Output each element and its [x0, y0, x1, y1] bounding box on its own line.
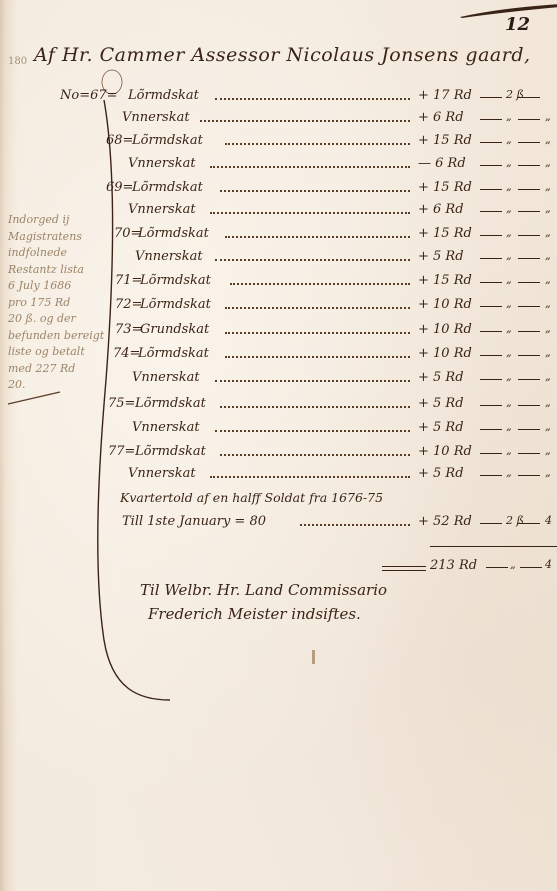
dash [480, 235, 502, 236]
dash [518, 282, 540, 283]
entry-desc: Lõrmdskat [135, 444, 206, 459]
entry-amount: + 5 Rd [418, 420, 464, 435]
margin-note-line: Magistratens [8, 229, 108, 246]
entry-skilling: „ [506, 370, 512, 383]
entry-amount: + 15 Rd [418, 180, 472, 195]
dash [480, 258, 502, 259]
dash [518, 119, 540, 120]
dotted-leader [210, 166, 410, 168]
entry-skilling: „ [506, 396, 512, 409]
entry-amount: + 10 Rd [418, 444, 472, 459]
dotted-leader [210, 212, 410, 214]
ledger-row: Vnnerskat — 6 Rd „ „ [0, 156, 557, 176]
dash [518, 355, 540, 356]
entry-skilling: „ [506, 249, 512, 262]
dash [480, 405, 502, 406]
remark-skilling: 2 ß [506, 514, 524, 527]
dash [480, 306, 502, 307]
dotted-leader [225, 307, 410, 309]
entry-penning: „ [545, 346, 551, 359]
entry-desc: Lõrmdskat [128, 88, 199, 103]
dotted-leader [225, 332, 410, 334]
dash [480, 331, 502, 332]
dash [480, 475, 502, 476]
entry-penning: „ [545, 226, 551, 239]
entry-penning: „ [545, 133, 551, 146]
dash [518, 142, 540, 143]
dotted-leader [225, 143, 410, 145]
entry-skilling: „ [506, 202, 512, 215]
total-skilling: „ [510, 558, 516, 571]
entry-year: 69= [106, 180, 133, 195]
ledger-heading: Af Hr. Cammer Assessor Nicolaus Jonsens … [34, 44, 531, 66]
total-penning: 4 [545, 558, 552, 571]
entry-desc: Lõrmdskat [135, 396, 206, 411]
remark-date: Till 1ste January = 80 [122, 514, 266, 529]
dash [518, 331, 540, 332]
entry-amount: + 5 Rd [418, 396, 464, 411]
entry-amount: + 6 Rd [418, 202, 464, 217]
dash [480, 523, 502, 524]
ledger-row: 77= Lõrmdskat + 10 Rd „ „ [0, 444, 557, 464]
entry-desc: Lõrmdskat [138, 226, 209, 241]
entry-desc: Lõrmdskat [132, 133, 203, 148]
entry-penning: „ [545, 466, 551, 479]
folio-mark: 180 [8, 56, 27, 67]
entry-skilling: „ [506, 273, 512, 286]
entry-amount: — 6 Rd [418, 156, 466, 171]
entry-desc: Grundskat [140, 322, 209, 337]
remark-penning: 4 [545, 514, 552, 527]
margin-note-line: 20. [8, 377, 108, 394]
dash [518, 97, 540, 98]
dash [518, 429, 540, 430]
entry-year: 68= [106, 133, 133, 148]
entry-desc: Vnnerskat [122, 110, 190, 125]
entry-year: 77= [108, 444, 135, 459]
dash [518, 475, 540, 476]
dash [518, 379, 540, 380]
dotted-leader [215, 430, 410, 432]
ledger-row: 69= Lõrmdskat + 15 Rd „ „ [0, 180, 557, 200]
margin-note: Indorged ij Magistratens indfolnede Rest… [8, 212, 108, 394]
entry-skilling: „ [506, 226, 512, 239]
entry-skilling: „ [506, 180, 512, 193]
dotted-leader [210, 476, 410, 478]
entry-penning: „ [545, 273, 551, 286]
entry-desc: Vnnerskat [132, 370, 200, 385]
dash [518, 258, 540, 259]
dotted-leader [215, 259, 410, 261]
dotted-leader [200, 120, 410, 122]
entry-amount: + 5 Rd [418, 466, 464, 481]
manuscript-page: 12 180 Af Hr. Cammer Assessor Nicolaus J… [0, 0, 557, 891]
entry-amount: + 5 Rd [418, 249, 464, 264]
dash [480, 379, 502, 380]
entry-year: 72= [115, 297, 142, 312]
entry-penning: „ [545, 444, 551, 457]
entry-skilling: „ [506, 110, 512, 123]
entry-desc: Lõrmdskat [132, 180, 203, 195]
closing-line: Frederich Meister indsiftes. [140, 602, 387, 626]
entry-skilling: „ [506, 297, 512, 310]
dash [518, 405, 540, 406]
entry-amount: + 17 Rd [418, 88, 472, 103]
entry-desc: Vnnerskat [128, 202, 196, 217]
entry-year: 73= [115, 322, 142, 337]
entry-penning: „ [545, 297, 551, 310]
ledger-row: No=67= Lõrmdskat + 17 Rd 2 ß [0, 88, 557, 108]
entry-penning: „ [545, 180, 551, 193]
entry-amount: + 5 Rd [418, 370, 464, 385]
dash [486, 567, 508, 568]
entry-penning: „ [545, 420, 551, 433]
dash [480, 429, 502, 430]
dash [518, 453, 540, 454]
entry-penning: „ [545, 370, 551, 383]
dash [480, 97, 502, 98]
margin-note-line: indfolnede [8, 245, 108, 262]
dotted-leader [220, 190, 410, 192]
total-row: 213 Rd „ 4 [0, 558, 557, 578]
entry-skilling: „ [506, 420, 512, 433]
entry-penning: „ [545, 202, 551, 215]
entry-amount: + 10 Rd [418, 297, 472, 312]
ledger-row: Vnnerskat + 5 Rd „ „ [0, 466, 557, 486]
dash [480, 119, 502, 120]
entry-year: 71= [115, 273, 142, 288]
dotted-leader [225, 236, 410, 238]
entry-penning: „ [545, 396, 551, 409]
entry-year: 74= [113, 346, 140, 361]
dotted-leader [215, 380, 410, 382]
dotted-leader [300, 524, 410, 526]
dotted-leader [215, 98, 410, 100]
remark-amount: + 52 Rd [418, 514, 472, 529]
ledger-row: 68= Lõrmdskat + 15 Rd „ „ [0, 133, 557, 153]
dotted-leader [225, 356, 410, 358]
dotted-leader [230, 283, 410, 285]
entry-skilling: „ [506, 133, 512, 146]
dash [480, 282, 502, 283]
dash [480, 453, 502, 454]
entry-skilling: „ [506, 466, 512, 479]
page-number: 12 [505, 14, 530, 35]
dash [480, 355, 502, 356]
entry-penning: „ [545, 110, 551, 123]
dash [518, 523, 540, 524]
entry-skilling: „ [506, 346, 512, 359]
entry-skilling: „ [506, 156, 512, 169]
entry-desc: Vnnerskat [132, 420, 200, 435]
ledger-row: Vnnerskat + 5 Rd „ „ [0, 420, 557, 440]
margin-note-line: 20 ß. og der [8, 311, 108, 328]
sum-rule [430, 546, 557, 547]
entry-desc: Vnnerskat [128, 156, 196, 171]
entry-amount: + 6 Rd [418, 110, 464, 125]
remark-text: Kvartertold af en halff Soldat fra 1676-… [120, 490, 383, 505]
entry-year: No=67= [60, 88, 118, 103]
remark-row: Till 1ste January = 80 + 52 Rd 2 ß 4 [0, 514, 557, 534]
entry-desc: Vnnerskat [128, 466, 196, 481]
margin-note-line: Restantz lista [8, 262, 108, 279]
total-amount: 213 Rd [430, 558, 477, 573]
margin-note-line: 6 July 1686 [8, 278, 108, 295]
entry-amount: + 15 Rd [418, 226, 472, 241]
entry-amount: + 10 Rd [418, 322, 472, 337]
dash [518, 165, 540, 166]
dash [518, 189, 540, 190]
entry-skilling: 2 ß [506, 88, 524, 101]
closing-line: Til Welbr. Hr. Land Commissario [140, 578, 387, 602]
margin-note-line: med 227 Rd [8, 361, 108, 378]
entry-skilling: „ [506, 322, 512, 335]
dotted-leader [220, 406, 410, 408]
margin-note-line: Indorged ij [8, 212, 108, 229]
entry-penning: „ [545, 156, 551, 169]
dash [518, 235, 540, 236]
dash [520, 567, 542, 568]
entry-desc: Lõrmdskat [140, 273, 211, 288]
entry-amount: + 15 Rd [418, 273, 472, 288]
entry-desc: Vnnerskat [135, 249, 203, 264]
dash [480, 142, 502, 143]
entry-desc: Lõrmdskat [140, 297, 211, 312]
dash [518, 211, 540, 212]
margin-note-line: pro 175 Rd [8, 295, 108, 312]
entry-skilling: „ [506, 444, 512, 457]
entry-amount: + 10 Rd [418, 346, 472, 361]
entry-penning: „ [545, 322, 551, 335]
ledger-row: 75= Lõrmdskat + 5 Rd „ „ [0, 396, 557, 416]
closing-instruction: Til Welbr. Hr. Land Commissario Frederic… [140, 578, 387, 626]
entry-year: 75= [108, 396, 135, 411]
dash [480, 189, 502, 190]
margin-note-line: liste og betalt [8, 344, 108, 361]
dash [480, 211, 502, 212]
entry-desc: Lõrmdskat [138, 346, 209, 361]
dotted-leader [220, 454, 410, 456]
entry-penning: „ [545, 249, 551, 262]
dash [518, 306, 540, 307]
margin-note-line: befunden bereigt [8, 328, 108, 345]
ink-mark [312, 650, 315, 664]
dash [480, 165, 502, 166]
entry-amount: + 15 Rd [418, 133, 472, 148]
ledger-row: Vnnerskat + 6 Rd „ „ [0, 110, 557, 130]
